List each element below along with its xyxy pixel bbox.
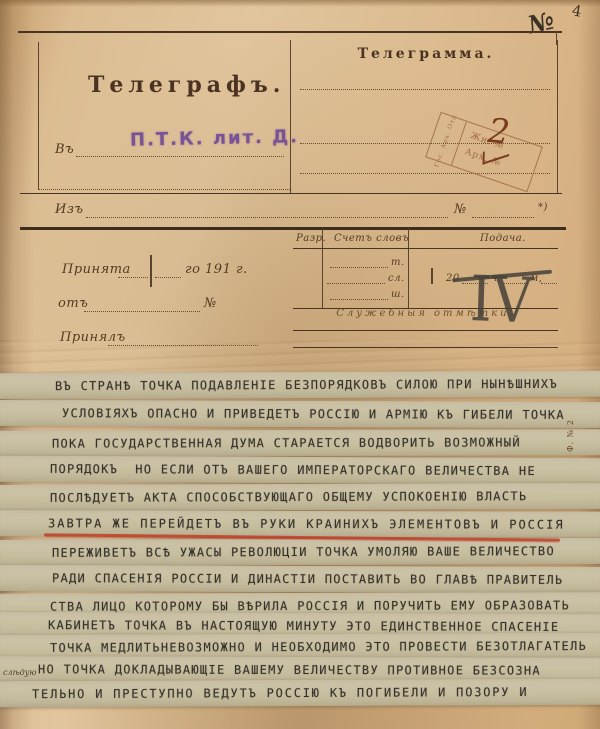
- from-label: Изъ: [55, 202, 84, 217]
- corner-number-symbol: №: [527, 5, 555, 40]
- col-podacha: Подача.: [480, 233, 526, 244]
- to-field-line: [76, 155, 284, 157]
- telegram-line-text: РАДИ СПАСЕНІЯ РОССІИ И ДИНАСТІИ ПОСТАВИТ…: [0, 565, 600, 593]
- received-label: Принята: [62, 262, 131, 277]
- received-from-line: [84, 310, 200, 312]
- telegram-box-line-1: [300, 88, 550, 90]
- words-row2-line: [327, 282, 385, 284]
- from-number-label: №: [454, 202, 467, 217]
- telegram-strip: ПОРЯДОКЪ НО ЕСЛИ ОТЪ ВАШЕГО ИМПЕРАТОРСКА…: [0, 456, 600, 485]
- left-box-border: [38, 42, 39, 190]
- side-archive-mark: Ф. № 2: [566, 419, 575, 452]
- top-rule: [18, 31, 562, 33]
- telegram-strip: ПЕРЕЖИВЕТЪ ВСѢ УЖАСЫ РЕВОЛЮЦІИ ТОЧКА УМО…: [0, 538, 600, 566]
- margin-note: слѣдую: [3, 668, 36, 677]
- telegram-line-text: УСЛОВІЯХЪ ОПАСНО И ПРИВЕДЕТЪ РОССІЮ И АР…: [0, 400, 600, 428]
- podacha-tick: [431, 268, 433, 284]
- telegram-line-text: ТЕЛЬНО И ПРЕСТУПНО ВЕДУТЪ РОССІЮ КЪ ПОГИ…: [0, 679, 600, 708]
- words-row1-label: т.: [391, 257, 405, 268]
- received-month-line: [155, 276, 181, 278]
- col-words: Счетъ словъ: [334, 233, 409, 244]
- corner-number-value: 4: [571, 1, 584, 20]
- telegram-strip: ПОСЛѢДУЕТЪ АКТА СПОСОБСТВУЮЩАГО ОБЩЕМУ У…: [0, 483, 600, 511]
- footnote-mark: *): [538, 202, 548, 213]
- left-box-bottom: [38, 188, 290, 190]
- table-header-rule: [293, 248, 558, 249]
- words-row1-line: [330, 266, 388, 268]
- telegram-line-text: ПОСЛѢДУЕТЪ АКТА СПОСОБСТВУЮЩАГО ОБЩЕМУ У…: [0, 483, 600, 511]
- telegram-strip: ПОКА ГОСУДАРСТВЕННАЯ ДУМА СТАРАЕТСЯ ВОДВ…: [0, 429, 600, 457]
- podacha-line-3: [541, 282, 557, 284]
- received-from-label: отъ: [58, 296, 88, 311]
- telegram-line-text: ВЪ СТРАНѢ ТОЧКА ПОДАВЛЕНІЕ БЕЗПОРЯДКОВЪ …: [0, 371, 600, 400]
- from-field-line: [86, 216, 448, 218]
- telegram-strip: РАДИ СПАСЕНІЯ РОССІИ И ДИНАСТІИ ПОСТАВИТ…: [0, 565, 600, 593]
- telegram-strip: ТЕЛЬНО И ПРЕСТУПНО ВЕДУТЪ РОССІЮ КЪ ПОГИ…: [0, 679, 600, 708]
- right-box-border: [557, 40, 558, 193]
- section-rule: [20, 227, 566, 230]
- telegram-title: Телеграмма.: [296, 46, 556, 62]
- telegram-line-text: ПЕРЕЖИВЕТЪ ВСѢ УЖАСЫ РЕВОЛЮЦІИ ТОЧКА УМО…: [0, 538, 600, 566]
- telegram-line-text: ПОРЯДОКЪ НО ЕСЛИ ОТЪ ВАШЕГО ИМПЕРАТОРСКА…: [0, 456, 600, 485]
- form-mid-rule: [20, 193, 562, 194]
- words-row2-label: сл.: [388, 273, 405, 284]
- ptk-stamp: П.Т.К. лит. Д.: [130, 126, 299, 151]
- from-number-line: [472, 216, 534, 218]
- telegram-document: № 4 Телеграфъ. Въ П.Т.К. лит. Д. Телегра…: [0, 0, 600, 729]
- telegraph-title: Телеграфъ.: [88, 72, 285, 98]
- center-divider: [290, 40, 291, 193]
- service-handwritten-mark: IV: [469, 263, 534, 338]
- received-no-label: №: [204, 296, 217, 311]
- col-razr: Разр.: [296, 233, 326, 244]
- received-day-line: [118, 276, 148, 278]
- telegram-line-text: ПОКА ГОСУДАРСТВЕННАЯ ДУМА СТАРАЕТСЯ ВОДВ…: [0, 429, 600, 457]
- telegram-strip: ВЪ СТРАНѢ ТОЧКА ПОДАВЛЕНІЕ БЕЗПОРЯДКОВЪ …: [0, 371, 600, 400]
- received-year-suffix: го 191 г.: [185, 262, 248, 277]
- received-divider-tick: [150, 255, 152, 287]
- words-row3-label: ш.: [391, 289, 405, 300]
- telegram-strip: УСЛОВІЯХЪ ОПАСНО И ПРИВЕДЕТЪ РОССІЮ И АР…: [0, 400, 600, 428]
- words-row3-line: [330, 298, 388, 300]
- to-label: Въ: [55, 142, 74, 157]
